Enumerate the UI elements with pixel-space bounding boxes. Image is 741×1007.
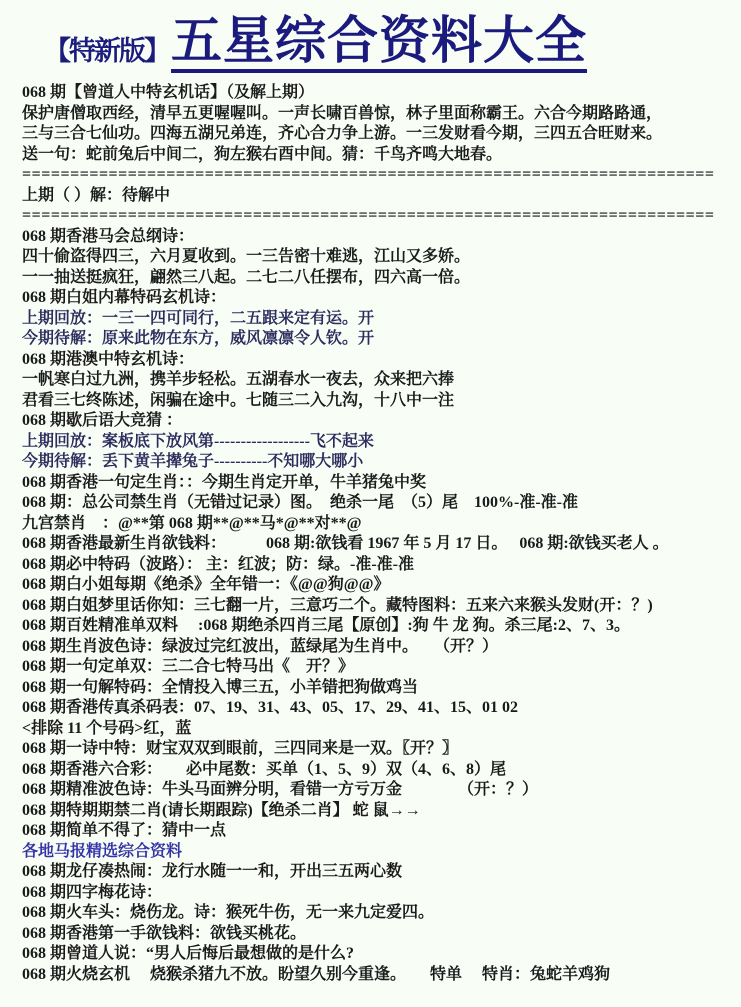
- text-line: 068 期特期期禁二肖(请长期跟踪)【绝杀二肖】 蛇 鼠→→: [22, 801, 735, 822]
- lottery-info-sheet: 【特新版】 五星综合资料大全 068 期【曾道人中特玄机话】（及解上期）保护唐僧…: [0, 0, 741, 985]
- text-line: 068 期香港传真杀码表：07、19、31、43、05、17、29、41、15、…: [22, 698, 735, 719]
- text-line: 068 期龙仔凑热闹：龙行水随一一和，开出三五两心数: [22, 862, 735, 883]
- text-line: 今期待解：丢下黄羊撵兔子----------不知哪大哪小: [22, 452, 735, 473]
- text-line: 068 期港澳中特玄机诗：: [22, 350, 735, 371]
- text-line: <排除 11 个号码>红，蓝: [22, 719, 735, 740]
- text-line: 068 期香港马会总纲诗：: [22, 227, 735, 248]
- text-line: 一一抽送挺疯狂，翩然三八起。二七二八任摆布，四六高一倍。: [22, 268, 735, 289]
- text-line: 上期回放：一三一四可同行，二五跟来定有运。开: [22, 309, 735, 330]
- content-body: 068 期【曾道人中特玄机话】（及解上期）保护唐僧取西经，清早五更喔喔叫。一声长…: [22, 83, 735, 985]
- text-line: 068 期精准波色诗：牛头马面辨分明，看错一方亏万金 （开：？）: [22, 780, 735, 801]
- text-line: 各地马报精选综合资料: [22, 842, 735, 863]
- page-header: 【特新版】 五星综合资料大全: [44, 18, 735, 73]
- page-title: 五星综合资料大全: [171, 18, 587, 73]
- text-line: 送一句：蛇前兔后中间二，狗左猴右酉中间。猜：千鸟齐鸣大地春。: [22, 145, 735, 166]
- text-line: 068 期白姐梦里话你知：三七翻一片，三意巧二个。藏特图料：五来六来猴头发财(开…: [22, 596, 735, 617]
- text-line: 068 期百姓精准单双料 :068 期绝杀四肖三尾【原创】:狗 牛 龙 狗。杀三…: [22, 616, 735, 637]
- text-line: 一帆寒白过九洲，携羊步轻松。五湖春水一夜去，众来把六捧: [22, 370, 735, 391]
- text-line: 068 期【曾道人中特玄机话】（及解上期）: [22, 83, 735, 104]
- text-line: 068 期生肖波色诗：绿波过完红波出，蓝绿尾为生肖中。 （开？）: [22, 637, 735, 658]
- text-line: 068 期一诗中特：财宝双双到眼前，三四同来是一双。〖开？〗: [22, 739, 735, 760]
- text-line: 068 期白小姐每期《绝杀》全年错一：《@@狗@@》: [22, 575, 735, 596]
- text-line: 上期回放：案板底下放风第------------------飞不起来: [22, 432, 735, 453]
- text-line: 068 期一句解特码：全情投入博三五，小羊错把狗做鸡当: [22, 678, 735, 699]
- text-line: 上期（ ）解：待解中: [22, 186, 735, 207]
- edition-badge: 【特新版】: [44, 29, 169, 73]
- text-line: 068 期四字梅花诗：: [22, 883, 735, 904]
- separator-line: ========================================…: [22, 165, 735, 186]
- text-line: 今期待解：原来此物在东方，威风凛凛令人钦。开: [22, 329, 735, 350]
- separator-line: ========================================…: [22, 206, 735, 227]
- text-line: 068 期香港第一手欲钱料：欲钱买桃花。: [22, 924, 735, 945]
- text-line: 三与三合七仙功。四海五湖兄弟连，齐心合力争上游。一三发财看今期，三四五合旺财来。: [22, 124, 735, 145]
- text-line: 068 期：总公司禁生肖（无错过记录）图。 绝杀一尾 （5）尾 100%-准-准…: [22, 493, 735, 514]
- text-line: 068 期香港最新生肖欲钱料： 068 期:欲钱看 1967 年 5 月 17 …: [22, 534, 735, 555]
- text-line: 068 期火烧玄机 烧猴杀猪九不放。盼望久别今重逢。 特单 特肖：兔蛇羊鸡狗: [22, 965, 735, 986]
- text-line: 068 期香港六合彩： 必中尾数：买单（1、5、9）双（4、6、8）尾: [22, 760, 735, 781]
- text-line: 068 期白姐内幕特码玄机诗：: [22, 288, 735, 309]
- text-line: 068 期香港一句定生肖：：今期生肖定开单，牛羊猪兔中奖: [22, 473, 735, 494]
- text-line: 068 期一句定单双：三二合七特马出《 开？》: [22, 657, 735, 678]
- text-line: 君看三七终陈述，闲骗在途中。七随三二入九沟，十八中一注: [22, 391, 735, 412]
- text-line: 068 期必中特码（波路）： 主：红波；防：绿。-准-准-准: [22, 555, 735, 576]
- text-line: 068 期简单不得了：猜中一点: [22, 821, 735, 842]
- text-line: 068 期曾道人说：“男人后悔后最想做的是什么?: [22, 944, 735, 965]
- text-line: 068 期歇后语大竞猜 ：: [22, 411, 735, 432]
- text-line: 068 期火车头：烧伤龙。诗：猴死牛伤，无一来九定爱四。: [22, 903, 735, 924]
- text-line: 四十偷盗得四三，六月夏收到。一三告密十难逃，江山又多娇。: [22, 247, 735, 268]
- text-line: 九宫禁肖 ：@**第 068 期**@**马*@**对**@: [22, 514, 735, 535]
- text-line: 保护唐僧取西经，清早五更喔喔叫。一声长啸百兽惊，林子里面称霸王。六合今期路路通，: [22, 104, 735, 125]
